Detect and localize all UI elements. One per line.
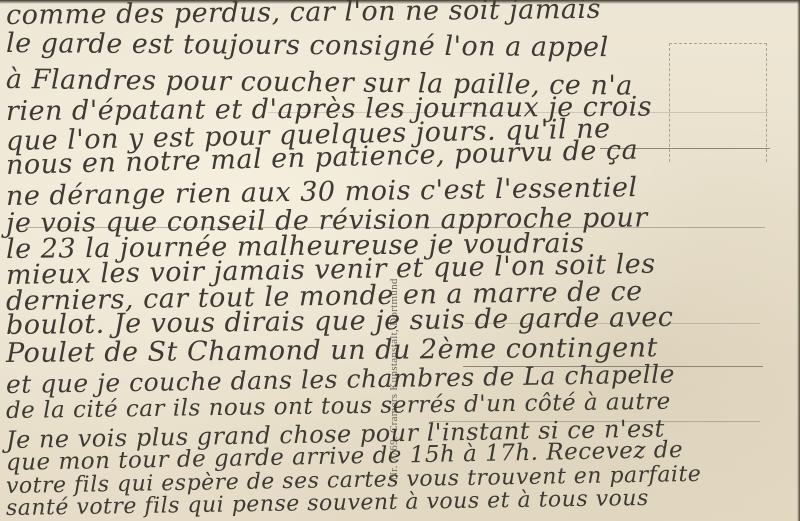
postcard-back: Nr. 7769. Cramers Kunstanstalt, Dortmund… [0,0,800,521]
handwritten-line: le garde est toujours consigné l'on a ap… [6,30,609,61]
stamp-box-outline [669,43,767,162]
handwritten-line: comme des perdus, car l'on ne soit jamai… [6,0,601,29]
